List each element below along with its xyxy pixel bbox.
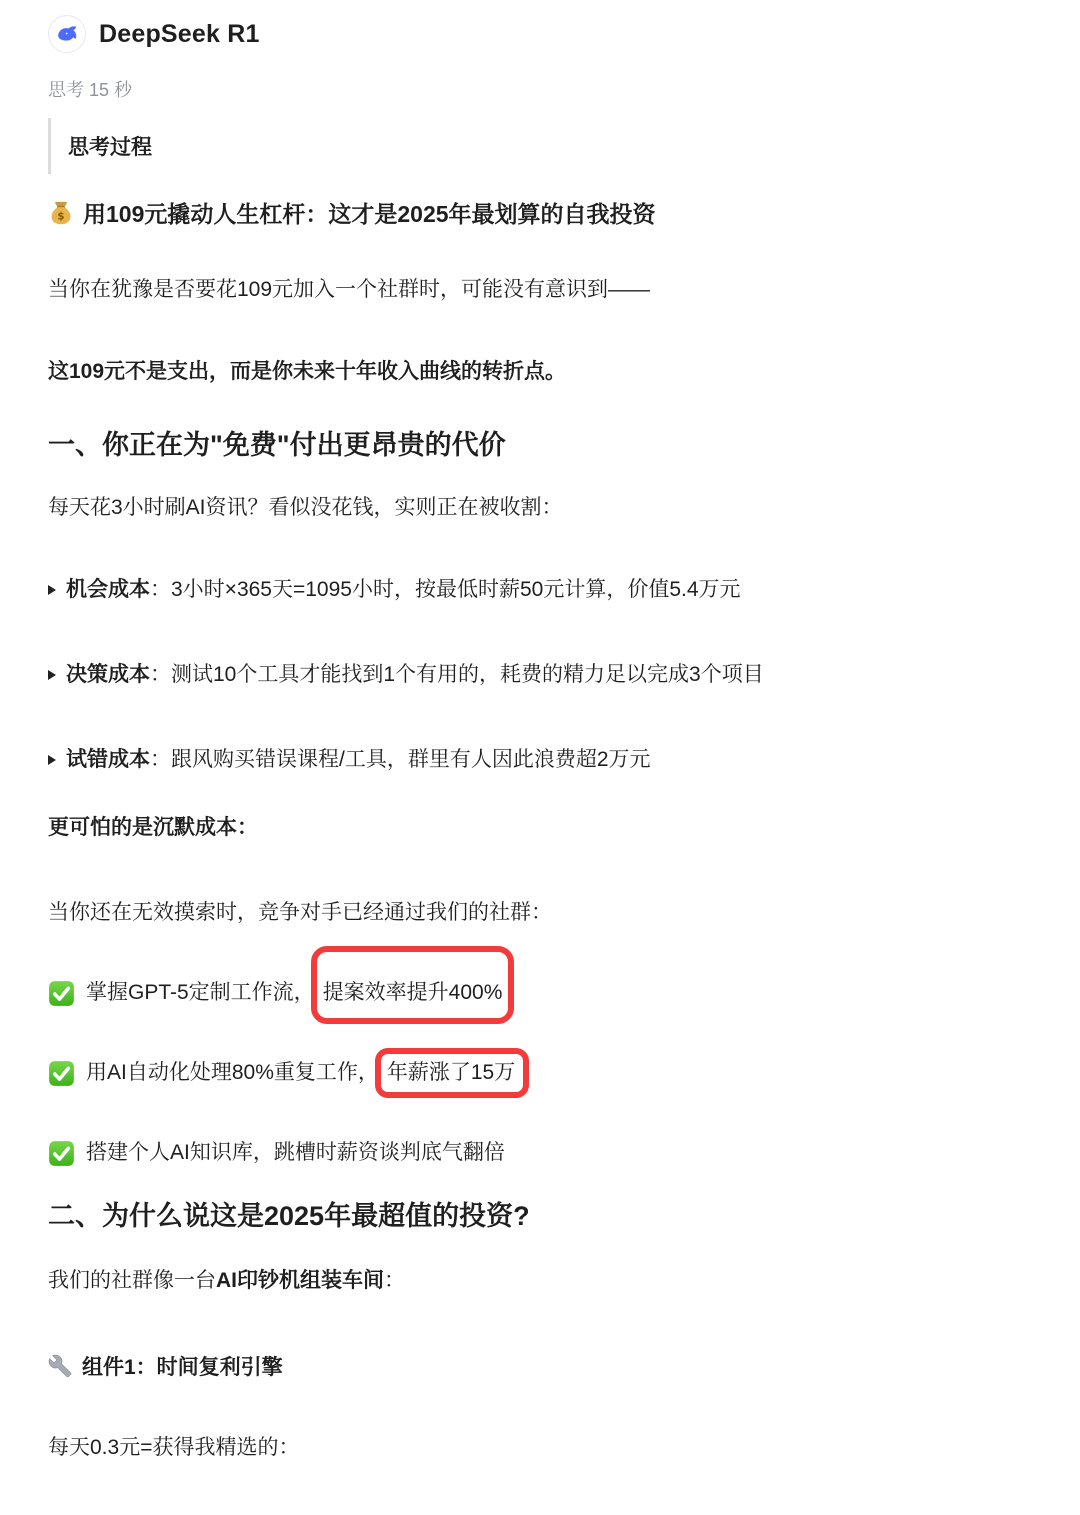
bullet-body: ：3小时×365天=1095小时，按最低时薪50元计算，价值5.4万元: [150, 578, 741, 601]
component1-label: 组件1：时间复利引擎: [82, 1351, 283, 1381]
thinking-duration[interactable]: 思考 15 秒: [48, 76, 1032, 102]
red-annotation-box: 提案效率提升400%: [323, 978, 503, 1008]
component1-heading: 组件1：时间复利引擎: [48, 1351, 1032, 1381]
model-name: DeepSeek R1: [99, 20, 260, 49]
bullet-text: 机会成本：3小时×365天=1095小时，按最低时薪50元计算，价值5.4万元: [66, 575, 741, 605]
bullet-decision-cost: 决策成本：测试10个工具才能找到1个有用的，耗费的精力足以完成3个项目: [48, 660, 1032, 690]
red-annotation-box: 年薪涨了15万: [387, 1058, 515, 1088]
triangle-bullet-icon: [48, 670, 56, 680]
deepseek-logo: [48, 15, 86, 53]
check-item-automation: 用AI自动化处理80%重复工作，年薪涨了15万: [48, 1058, 1032, 1088]
check-icon: [48, 1140, 75, 1167]
bullet-body: ：跟风购买错误课程/工具，群里有人因此浪费超2万元: [150, 748, 651, 771]
message-header: DeepSeek R1: [48, 14, 1032, 54]
chat-message: DeepSeek R1 思考 15 秒 思考过程 $ 用109元撬动人生杠杆：这…: [0, 0, 1080, 1463]
check-text-pre: 用AI自动化处理80%重复工作，: [86, 1061, 379, 1084]
boxed-highlight-text: 提案效率提升400%: [323, 981, 503, 1004]
article-title: $ 用109元撬动人生杠杆：这才是2025年最划算的自我投资: [48, 196, 1032, 229]
section2-heading: 二、为什么说这是2025年最超值的投资?: [48, 1196, 1032, 1236]
competitors-lead: 当你还在无效摸索时，竞争对手已经通过我们的社群：: [48, 898, 1032, 928]
bullet-label: 试错成本: [66, 748, 150, 771]
bullet-label: 决策成本: [66, 663, 150, 686]
intro-paragraph: 当你在犹豫是否要花109元加入一个社群时，可能没有意识到——: [48, 275, 1032, 305]
bullet-body: ：测试10个工具才能找到1个有用的，耗费的精力足以完成3个项目: [150, 663, 764, 686]
bullet-label: 机会成本: [66, 578, 150, 601]
svg-text:$: $: [57, 210, 64, 222]
bullet-text: 决策成本：测试10个工具才能找到1个有用的，耗费的精力足以完成3个项目: [66, 660, 764, 690]
check-item-knowledge-base: 搭建个人AI知识库，跳槽时薪资谈判底气翻倍: [48, 1138, 1032, 1168]
check-text: 用AI自动化处理80%重复工作，年薪涨了15万: [86, 1058, 515, 1088]
emphasis-paragraph: 这109元不是支出，而是你未来十年收入曲线的转折点。: [48, 357, 1032, 387]
check-text-pre: 掌握GPT-5定制工作流，: [86, 981, 315, 1004]
money-bag-icon: $: [48, 200, 74, 226]
bullet-opportunity-cost: 机会成本：3小时×365天=1095小时，按最低时薪50元计算，价值5.4万元: [48, 575, 1032, 605]
check-text: 掌握GPT-5定制工作流，提案效率提升400%: [86, 978, 502, 1008]
check-icon: [48, 1060, 75, 1087]
section1-heading: 一、你正在为"免费"付出更昂贵的代价: [48, 425, 1032, 465]
triangle-bullet-icon: [48, 755, 56, 765]
bullet-text: 试错成本：跟风购买错误课程/工具，群里有人因此浪费超2万元: [66, 745, 651, 775]
check-item-gpt5: 掌握GPT-5定制工作流，提案效率提升400%: [48, 978, 1032, 1008]
check-icon: [48, 980, 75, 1007]
lead-bold: AI印钞机组装车间: [216, 1269, 384, 1292]
lead-post: ：: [384, 1269, 405, 1292]
section2-lead: 我们的社群像一台AI印钞机组装车间：: [48, 1266, 1032, 1296]
sunk-cost-paragraph: 更可怕的是沉默成本：: [48, 813, 1032, 843]
check-text: 搭建个人AI知识库，跳槽时薪资谈判底气翻倍: [86, 1138, 505, 1168]
lead-pre: 我们的社群像一台: [48, 1269, 216, 1292]
wrench-icon: [48, 1354, 72, 1378]
thinking-process-header: 思考过程: [48, 118, 1032, 174]
daily-value-paragraph: 每天0.3元=获得我精选的：: [48, 1433, 1032, 1463]
boxed-highlight-text: 年薪涨了15万: [387, 1061, 515, 1084]
deepseek-whale-icon: [56, 23, 79, 46]
section1-lead: 每天花3小时刷AI资讯？看似没花钱，实则正在被收割：: [48, 493, 1032, 523]
triangle-bullet-icon: [48, 585, 56, 595]
bullet-trial-error-cost: 试错成本：跟风购买错误课程/工具，群里有人因此浪费超2万元: [48, 745, 1032, 775]
article-title-text: 用109元撬动人生杠杆：这才是2025年最划算的自我投资: [83, 196, 656, 229]
